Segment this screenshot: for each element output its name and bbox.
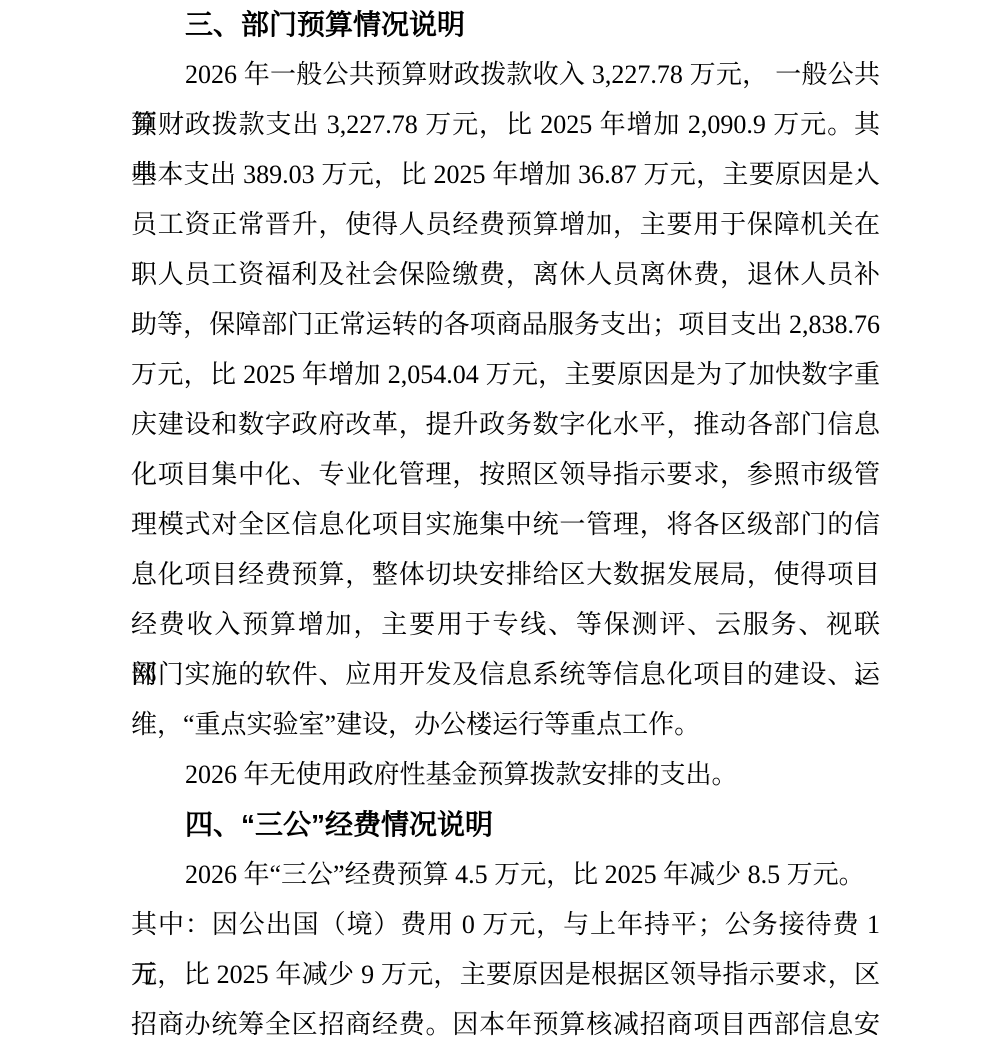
section-heading: 三、部门预算情况说明 [131, 0, 880, 50]
text-line: 元，比 2025 年减少 9 万元，主要原因是根据区领导指示要求，区 [131, 950, 880, 1000]
document-page: 三、部门预算情况说明2026 年一般公共预算财政拨款收入 3,227.78 万元… [0, 0, 1000, 1053]
text-line: 理模式对全区信息化项目实施集中统一管理，将各区级部门的信 [131, 500, 880, 550]
text-line: 庆建设和数字政府改革，提升政务数字化水平，推动各部门信息 [131, 400, 880, 450]
text-line: 助等，保障部门正常运转的各项商品服务支出；项目支出 2,838.76 [131, 300, 880, 350]
text-line: 职人员工资福利及社会保险缴费，离休人员离休费，退休人员补 [131, 250, 880, 300]
text-line: 经费收入预算增加，主要用于专线、等保测评、云服务、视联网、 [131, 600, 880, 650]
text-line: 员工资正常晋升，使得人员经费预算增加，主要用于保障机关在 [131, 200, 880, 250]
text-line: 2026 年“三公”经费预算 4.5 万元，比 2025 年减少 8.5 万元。 [131, 850, 880, 900]
text-line: 基本支出 389.03 万元，比 2025 年增加 36.87 万元，主要原因是… [131, 150, 880, 200]
text-line: 2026 年无使用政府性基金预算拨款安排的支出。 [131, 750, 880, 800]
text-line: 招商办统筹全区招商经费。因本年预算核减招商项目西部信息安 [131, 1000, 880, 1050]
document-body: 三、部门预算情况说明2026 年一般公共预算财政拨款收入 3,227.78 万元… [131, 0, 880, 1050]
text-line: 部门实施的软件、应用开发及信息系统等信息化项目的建设、运 [131, 650, 880, 700]
text-line: 万元，比 2025 年增加 2,054.04 万元，主要原因是为了加快数字重 [131, 350, 880, 400]
text-line: 化项目集中化、专业化管理，按照区领导指示要求，参照市级管 [131, 450, 880, 500]
text-line: 其中：因公出国（境）费用 0 万元，与上年持平；公务接待费 1 万 [131, 900, 880, 950]
text-line: 息化项目经费预算，整体切块安排给区大数据发展局，使得项目 [131, 550, 880, 600]
text-line: 维，“重点实验室”建设，办公楼运行等重点工作。 [131, 700, 880, 750]
text-line: 2026 年一般公共预算财政拨款收入 3,227.78 万元， 一般公共预 [131, 50, 880, 100]
section-heading: 四、“三公”经费情况说明 [131, 800, 880, 850]
text-line: 算财政拨款支出 3,227.78 万元，比 2025 年增加 2,090.9 万… [131, 100, 880, 150]
